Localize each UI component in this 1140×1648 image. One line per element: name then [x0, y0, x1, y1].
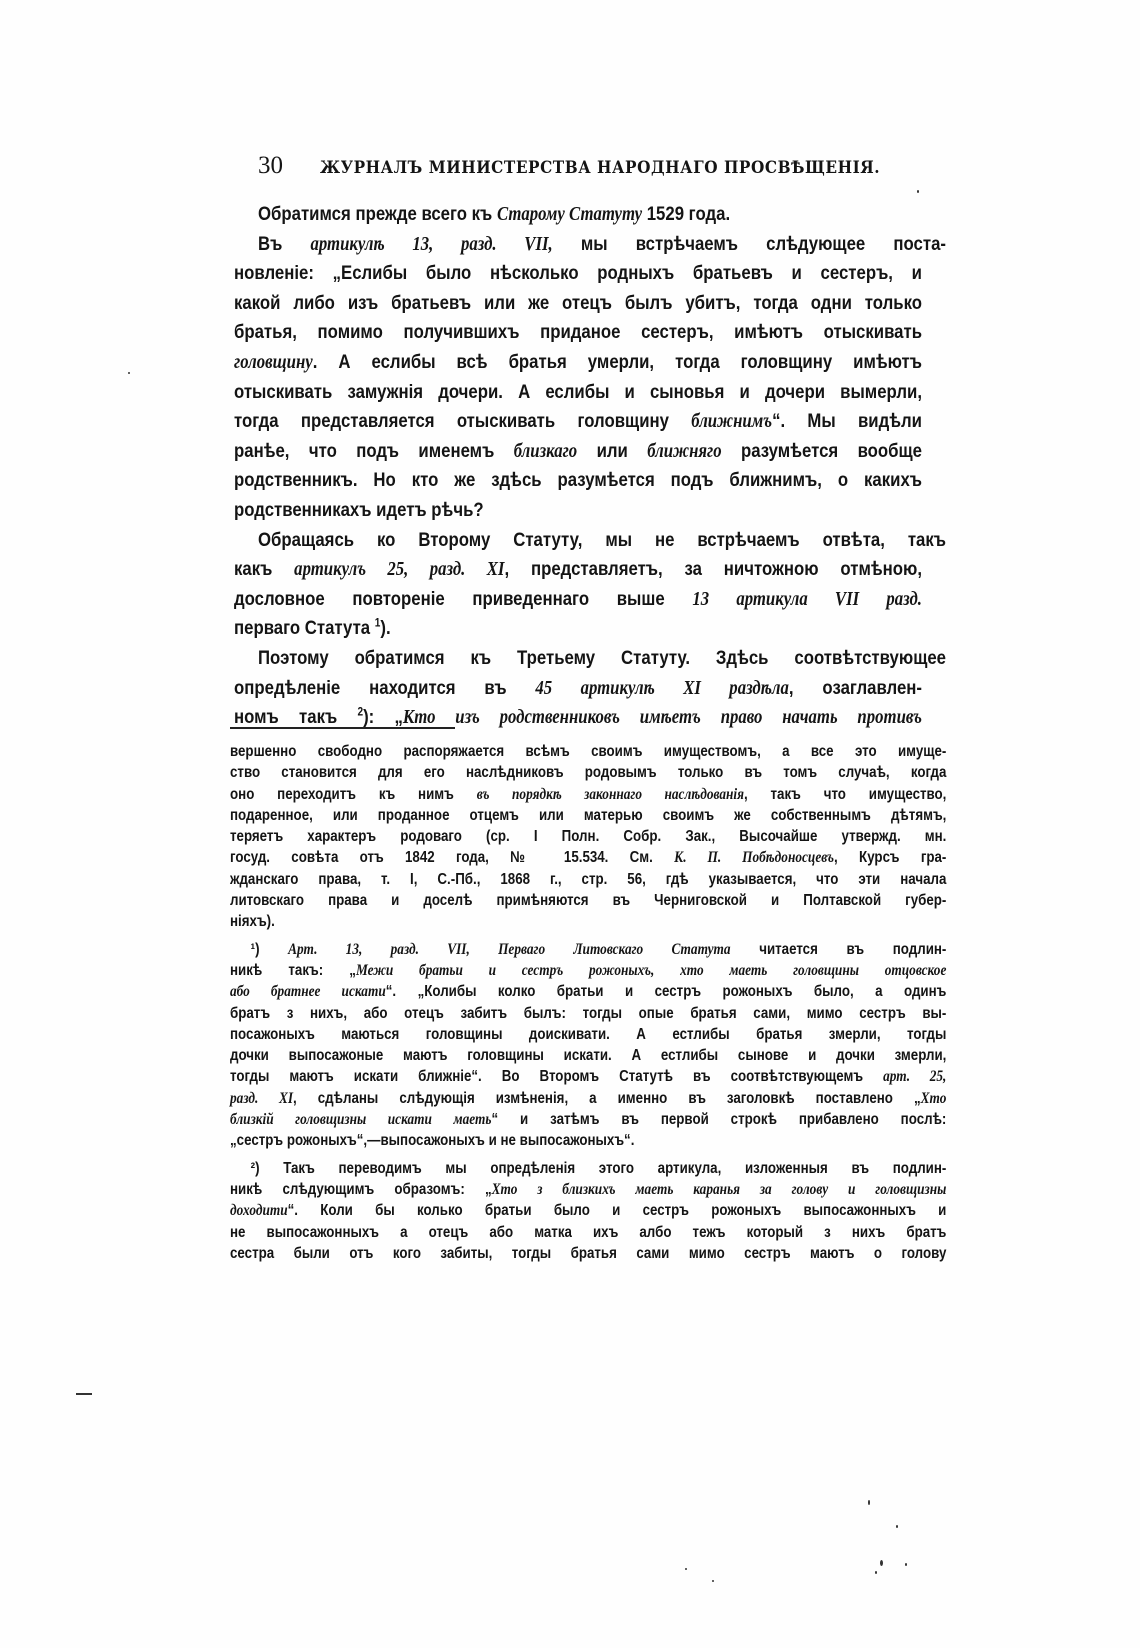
- footnote-line: тогды маютъ искати ближніе“. Во Второмъ …: [230, 1066, 946, 1087]
- text-line: Обратимся прежде всего къ Старому Статут…: [258, 200, 946, 230]
- text-line: ранѣе, что подъ именемъ близкаго или бли…: [234, 437, 922, 467]
- text-line: перваго Статута 1).: [234, 614, 922, 644]
- text-line: какой либо изъ братьевъ или же отецъ был…: [234, 289, 922, 319]
- footnote-line: оно переходитъ къ нимъ въ порядкѣ законн…: [230, 784, 946, 805]
- footnote-line: або братнее искати“. „Колибы колко брать…: [230, 981, 946, 1002]
- running-title: ЖУРНАЛЪ МИНИСТЕРСТВА НАРОДНАГО ПРОСВѢЩЕН…: [320, 158, 880, 178]
- text-line: родственникахъ идетъ рѣчь?: [234, 496, 922, 526]
- footnote-line: ство становится для его наслѣдниковъ род…: [230, 762, 946, 783]
- page-number: 30: [258, 152, 283, 180]
- footnote-line: жданскаго права, т. I, С.-Пб., 1868 г., …: [230, 869, 946, 890]
- footnote-line: вершенно свободно распоряжается всѣмъ св…: [230, 741, 946, 762]
- footnote-line: ніяхъ).: [230, 911, 946, 932]
- footnote-divider: [230, 727, 455, 729]
- footnote-line: не выпосажонныхъ а отецъ або матка ихъ а…: [230, 1222, 946, 1243]
- margin-mark: [76, 1393, 92, 1395]
- text-line: родственникъ. Но кто же здѣсь разумѣется…: [234, 466, 922, 496]
- footnote-line: литовскаго права и доселѣ примѣняются въ…: [230, 890, 946, 911]
- footnote-line: никѣ такъ: „Межи братьи и сестръ рожоных…: [230, 960, 946, 981]
- footnotes: вершенно свободно распоряжается всѣмъ св…: [230, 741, 946, 1264]
- text-line: отыскивать замужнія дочери. А еслибы и с…: [234, 378, 922, 408]
- footnote-line: дочки выпосажоные маютъ головщины искати…: [230, 1045, 946, 1066]
- scan-speck: [712, 1580, 714, 1582]
- page-header: 30 ЖУРНАЛЪ МИНИСТЕРСТВА НАРОДНАГО ПРОСВѢ…: [258, 152, 948, 184]
- footnote-line: братъ з нихъ, або отецъ забитъ былъ: тог…: [230, 1003, 946, 1024]
- text-line: тогда представляется отыскивать головщин…: [234, 407, 922, 437]
- footnote-line: ¹) Арт. 13, разд. VII, Перваго Литовскаг…: [230, 939, 946, 960]
- footnote-line: ²) Такъ переводимъ мы опредѣленія этого …: [230, 1158, 946, 1179]
- scan-speck: [685, 1568, 687, 1570]
- text-line: какъ артикулъ 25, разд. XI, представляет…: [234, 555, 922, 585]
- footnote-line: доходити“. Коли бы колько братьи было и …: [230, 1200, 946, 1221]
- scan-speck: [868, 1500, 870, 1505]
- footnote-2: ²) Такъ переводимъ мы опредѣленія этого …: [230, 1158, 946, 1264]
- footnote-line: подаренное, или проданное отцемъ или мат…: [230, 805, 946, 826]
- text-line: Обращаясь ко Второму Статуту, мы не встр…: [258, 526, 946, 556]
- scan-speck: [917, 190, 919, 193]
- footnote-line: близкій головщизны искати маеть“ и затѣм…: [230, 1109, 946, 1130]
- footnote-line: госуд. совѣта отъ 1842 года, № 15.534. С…: [230, 847, 946, 868]
- scan-speck: [880, 1560, 883, 1566]
- text-line: Поэтому обратимся къ Третьему Статуту. З…: [258, 644, 946, 674]
- footnote-line: посажоныхъ маються головщины доискивати.…: [230, 1024, 946, 1045]
- scan-speck: [905, 1563, 907, 1566]
- text-line: новленіе: „Еслибы было нѣсколько родныхъ…: [234, 259, 922, 289]
- footnote-line: „сестръ рожоныхъ“,—выпосажоныхъ и не вып…: [230, 1130, 946, 1151]
- footnote-line: никѣ слѣдующимъ образомъ: „Хто з близких…: [230, 1179, 946, 1200]
- footnote-line: теряетъ характеръ родоваго (ср. I Полн. …: [230, 826, 946, 847]
- footnote-line: сестра были отъ кого забиты, тогды брать…: [230, 1243, 946, 1264]
- scan-speck: [128, 372, 130, 374]
- text-line: головщину. А еслибы всѣ братья умерли, т…: [234, 348, 922, 378]
- text-line: братья, помимо получившихъ приданое сест…: [234, 318, 922, 348]
- scan-speck: [875, 1571, 877, 1574]
- main-text: Обратимся прежде всего къ Старому Статут…: [258, 200, 946, 733]
- text-line: опредѣленіе находится въ 45 артикулѣ XI …: [234, 674, 922, 704]
- footnote-line: разд. XI, сдѣланы слѣдующія измѣненія, а…: [230, 1088, 946, 1109]
- text-line: дословное повтореніе приведеннаго выше 1…: [234, 585, 922, 615]
- scanned-page: 30 ЖУРНАЛЪ МИНИСТЕРСТВА НАРОДНАГО ПРОСВѢ…: [0, 0, 1140, 1648]
- scan-speck: [896, 1525, 898, 1528]
- footnote-1: ¹) Арт. 13, разд. VII, Перваго Литовскаг…: [230, 939, 946, 1152]
- text-line: Въ артикулѣ 13, разд. VII, мы встрѣчаемъ…: [258, 230, 946, 260]
